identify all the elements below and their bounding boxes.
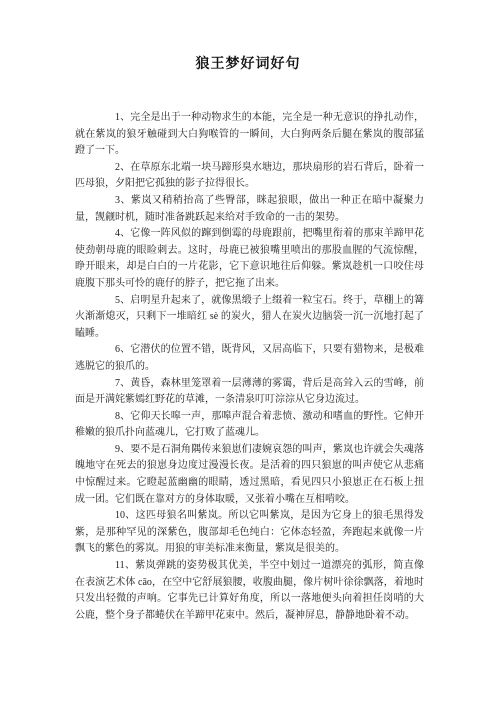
paragraph: 10、这匹母狼名叫紫岚。所以它叫紫岚，是因为它身上的狼毛黑得发紫，是那种罕见的深…: [75, 508, 424, 558]
paragraph: 4、它像一阵风似的蹿到倒霉的母鹿跟前，把嘴里衔着的那束羊蹄甲花使劲朝母鹿的眼睑刺…: [75, 226, 424, 292]
paragraph: 5、启明星升起来了，就像黑缎子上缀着一粒宝石。终于，草棚上的篝火渐渐熄灭，只剩下…: [75, 293, 424, 343]
paragraph: 11、紫岚弹跳的姿势极其优美，半空中划过一道漂亮的弧形，简直像在表演艺术体 cā…: [75, 558, 424, 624]
document-page: 狼王梦好词好句 1、完全是出于一种动物求生的本能，完全是一种无意识的挣扎动作，就…: [0, 0, 496, 702]
paragraph: 2、在草原东北端一块马蹄形臭水塘边，那块扇形的岩石背后，卧着一匹母狼，夕阳把它孤…: [75, 160, 424, 193]
paragraph: 3、紫岚又稍稍抬高了些臀部，眯起狼眼，做出一种正在暗中凝聚力量，觊觎时机，随时准…: [75, 193, 424, 226]
document-body: 1、完全是出于一种动物求生的本能，完全是一种无意识的挣扎动作，就在紫岚的狼牙触碰…: [75, 110, 424, 624]
document-title: 狼王梦好词好句: [0, 0, 496, 74]
paragraph: 8、它仰天长嗥一声，那嗥声混合着悲愤、激动和嗜血的野性。它伸开稚嫩的狼爪扑向蓝魂…: [75, 409, 424, 442]
paragraph: 9、要不是石洞角隅传来狼崽们凄婉哀怨的叫声，紫岚也许就会失魂落魄地守在死去的狼崽…: [75, 442, 424, 508]
paragraph: 6、它潜伏的位置不错，既背风，又居高临下，只要有猎物来，是极难逃脱它的狼爪的。: [75, 342, 424, 375]
paragraph: 7、黄昏，森林里笼罩着一层薄薄的雾霭，背后是高耸入云的雪峰，前面是开满姹紫嫣红野…: [75, 376, 424, 409]
paragraph: 1、完全是出于一种动物求生的本能，完全是一种无意识的挣扎动作，就在紫岚的狼牙触碰…: [75, 110, 424, 160]
